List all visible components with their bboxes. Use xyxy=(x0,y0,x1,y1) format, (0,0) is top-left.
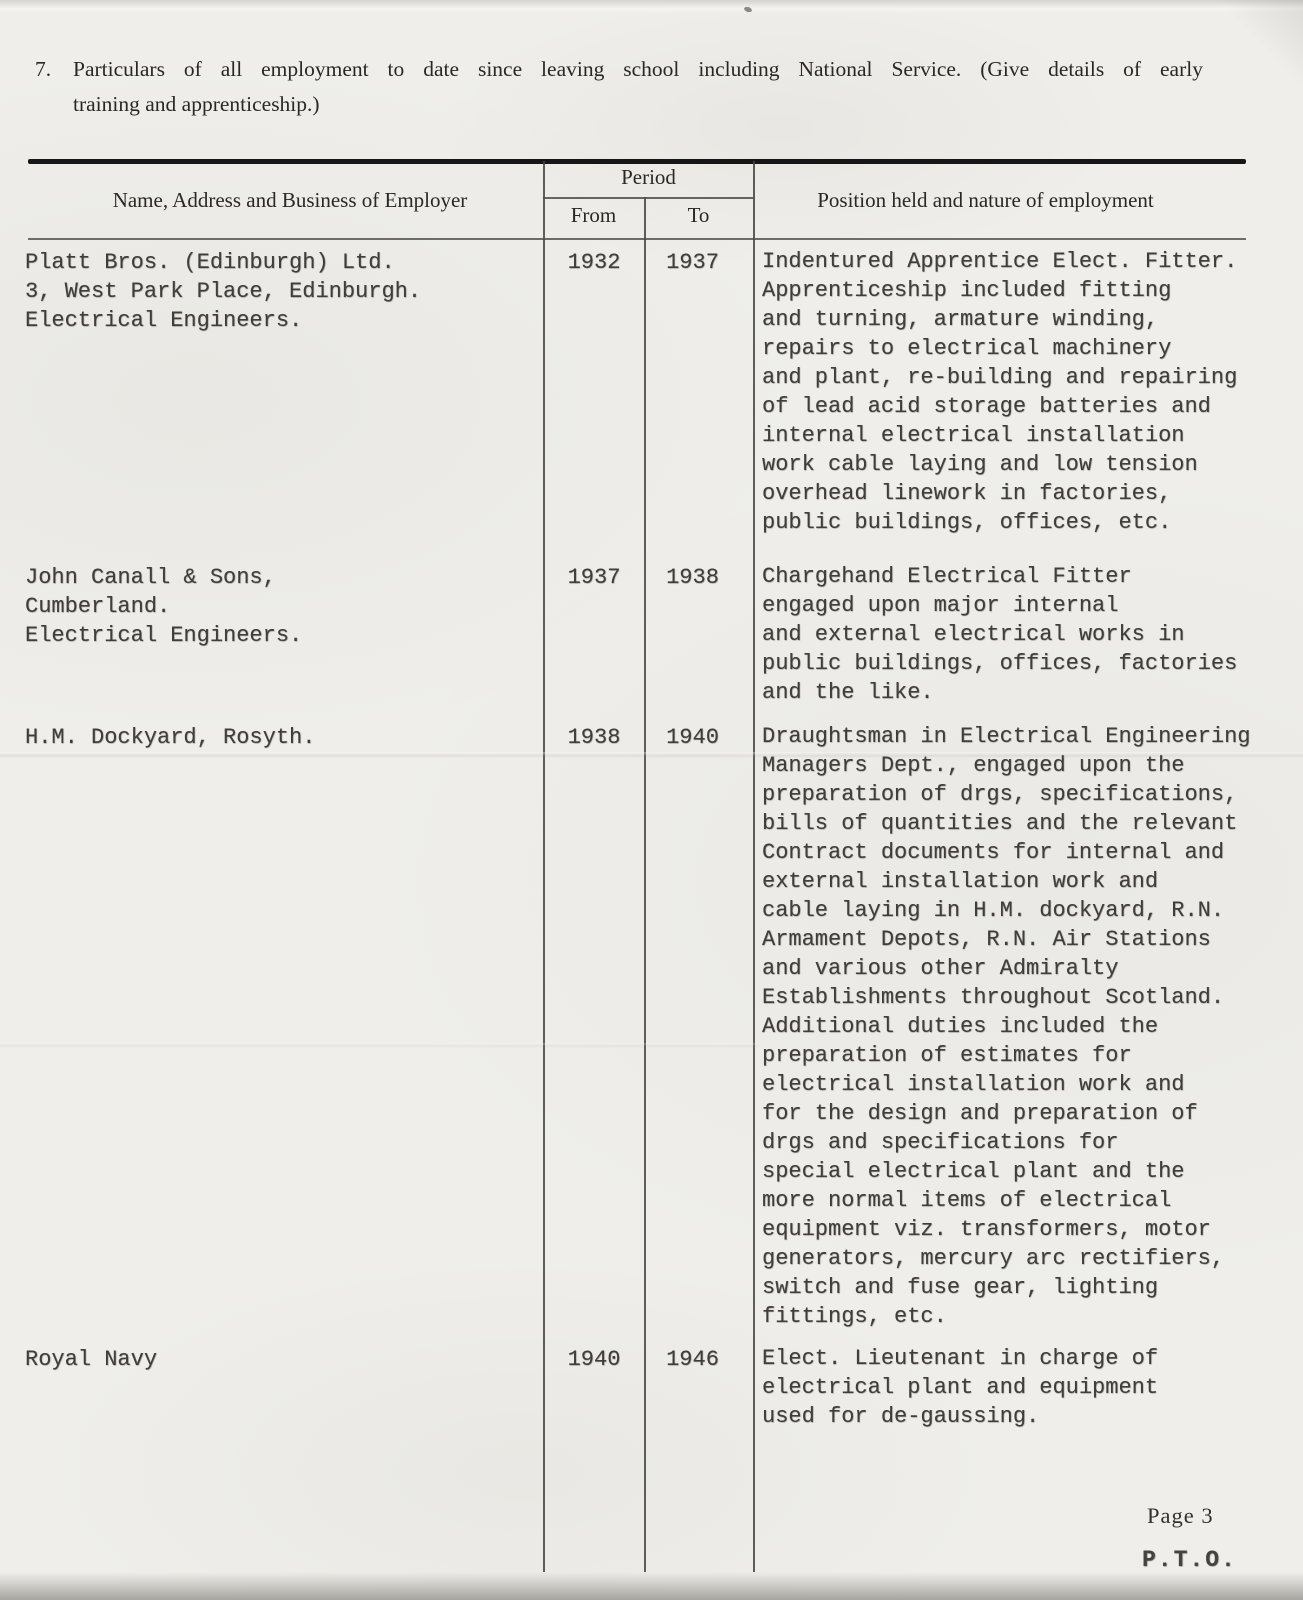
from-year: 1938 xyxy=(543,723,645,752)
position-line: cable laying in H.M. dockyard, R.N. xyxy=(762,896,1272,925)
position-line: equipment viz. transformers, motor xyxy=(762,1215,1272,1244)
position-cell: Chargehand Electrical Fitterengaged upon… xyxy=(762,562,1272,707)
position-line: switch and fuse gear, lighting xyxy=(762,1273,1272,1302)
position-line: bills of quantities and the relevant xyxy=(762,809,1272,838)
employer-line: 3, West Park Place, Edinburgh. xyxy=(25,277,505,306)
from-year: 1932 xyxy=(543,248,645,277)
to-year: 1937 xyxy=(640,248,745,277)
scanned-form-page: 7. Particulars of all employment to date… xyxy=(0,0,1303,1600)
position-line: fittings, etc. xyxy=(762,1302,1272,1331)
to-year: 1940 xyxy=(640,723,745,752)
corner-fold-shadow xyxy=(1203,0,1303,100)
employer-line: Electrical Engineers. xyxy=(25,306,505,335)
table-row: John Canall & Sons,Cumberland.Electrical… xyxy=(25,562,1278,707)
position-line: Managers Dept., engaged upon the xyxy=(762,751,1272,780)
position-line: Additional duties included the xyxy=(762,1012,1272,1041)
ink-speck xyxy=(743,6,752,13)
position-line: work cable laying and low tension xyxy=(762,450,1272,479)
employer-cell: John Canall & Sons,Cumberland.Electrical… xyxy=(25,563,505,650)
position-line: Elect. Lieutenant in charge of xyxy=(762,1344,1272,1373)
position-line: for the design and preparation of xyxy=(762,1099,1272,1128)
position-line: public buildings, offices, factories xyxy=(762,649,1272,678)
position-line: Apprenticeship included fitting xyxy=(762,276,1272,305)
column-header-to: To xyxy=(644,203,753,228)
question-text-line-1: Particulars of all employment to date si… xyxy=(73,52,1203,87)
table-row: Royal Navy19401946Elect. Lieutenant in c… xyxy=(25,1344,1278,1431)
scan-crease xyxy=(0,0,1303,14)
question-text-line-2: training and apprenticeship.) xyxy=(73,87,1203,122)
position-cell: Draughtsman in Electrical EngineeringMan… xyxy=(762,722,1272,1331)
position-cell: Indentured Apprentice Elect. Fitter.Appr… xyxy=(762,247,1272,537)
table-row: Platt Bros. (Edinburgh) Ltd.3, West Park… xyxy=(25,247,1278,537)
position-line: and external electrical works in xyxy=(762,620,1272,649)
position-line: engaged upon major internal xyxy=(762,591,1272,620)
table-top-border xyxy=(28,159,1246,164)
employer-cell: H.M. Dockyard, Rosyth. xyxy=(25,723,505,752)
column-header-from: From xyxy=(543,203,644,228)
employer-line: Royal Navy xyxy=(25,1345,505,1374)
column-header-period: Period xyxy=(543,165,754,190)
position-line: electrical plant and equipment xyxy=(762,1373,1272,1402)
question-block: 7. Particulars of all employment to date… xyxy=(35,52,1203,122)
position-line: and turning, armature winding, xyxy=(762,305,1272,334)
position-line: Armament Depots, R.N. Air Stations xyxy=(762,925,1272,954)
position-line: more normal items of electrical xyxy=(762,1186,1272,1215)
question-number: 7. xyxy=(35,52,51,87)
column-header-employer: Name, Address and Business of Employer xyxy=(45,188,535,213)
to-year: 1946 xyxy=(640,1345,745,1374)
pto-label: P.T.O. xyxy=(1142,1547,1237,1573)
position-line: Chargehand Electrical Fitter xyxy=(762,562,1272,591)
position-line: drgs and specifications for xyxy=(762,1128,1272,1157)
header-bottom-border xyxy=(28,238,1246,240)
position-line: overhead linework in factories, xyxy=(762,479,1272,508)
scan-edge-shadow xyxy=(0,1572,1303,1600)
employer-line: Cumberland. xyxy=(25,592,505,621)
period-underline xyxy=(543,197,754,199)
employer-line: John Canall & Sons, xyxy=(25,563,505,592)
position-line: of lead acid storage batteries and xyxy=(762,392,1272,421)
position-line: external installation work and xyxy=(762,867,1272,896)
position-cell: Elect. Lieutenant in charge ofelectrical… xyxy=(762,1344,1272,1431)
position-line: electrical installation work and xyxy=(762,1070,1272,1099)
employer-line: Electrical Engineers. xyxy=(25,621,505,650)
position-line: public buildings, offices, etc. xyxy=(762,508,1272,537)
position-line: used for de-gaussing. xyxy=(762,1402,1272,1431)
position-line: Establishments throughout Scotland. xyxy=(762,983,1272,1012)
table-body: Platt Bros. (Edinburgh) Ltd.3, West Park… xyxy=(25,247,1278,1431)
position-line: Indentured Apprentice Elect. Fitter. xyxy=(762,247,1272,276)
position-line: repairs to electrical machinery xyxy=(762,334,1272,363)
position-line: and plant, re-building and repairing xyxy=(762,363,1272,392)
from-year: 1940 xyxy=(543,1345,645,1374)
page-number-label: Page 3 xyxy=(1147,1503,1214,1529)
table-row: H.M. Dockyard, Rosyth.19381940Draughtsma… xyxy=(25,722,1278,1331)
position-line: special electrical plant and the xyxy=(762,1157,1272,1186)
employer-cell: Royal Navy xyxy=(25,1345,505,1374)
position-line: preparation of estimates for xyxy=(762,1041,1272,1070)
column-header-position: Position held and nature of employment xyxy=(753,188,1218,213)
position-line: Contract documents for internal and xyxy=(762,838,1272,867)
position-line: Draughtsman in Electrical Engineering xyxy=(762,722,1272,751)
from-year: 1937 xyxy=(543,563,645,592)
to-year: 1938 xyxy=(640,563,745,592)
employer-cell: Platt Bros. (Edinburgh) Ltd.3, West Park… xyxy=(25,248,505,335)
employer-line: H.M. Dockyard, Rosyth. xyxy=(25,723,505,752)
position-line: and the like. xyxy=(762,678,1272,707)
position-line: and various other Admiralty xyxy=(762,954,1272,983)
position-line: preparation of drgs, specifications, xyxy=(762,780,1272,809)
employer-line: Platt Bros. (Edinburgh) Ltd. xyxy=(25,248,505,277)
position-line: internal electrical installation xyxy=(762,421,1272,450)
position-line: generators, mercury arc rectifiers, xyxy=(762,1244,1272,1273)
